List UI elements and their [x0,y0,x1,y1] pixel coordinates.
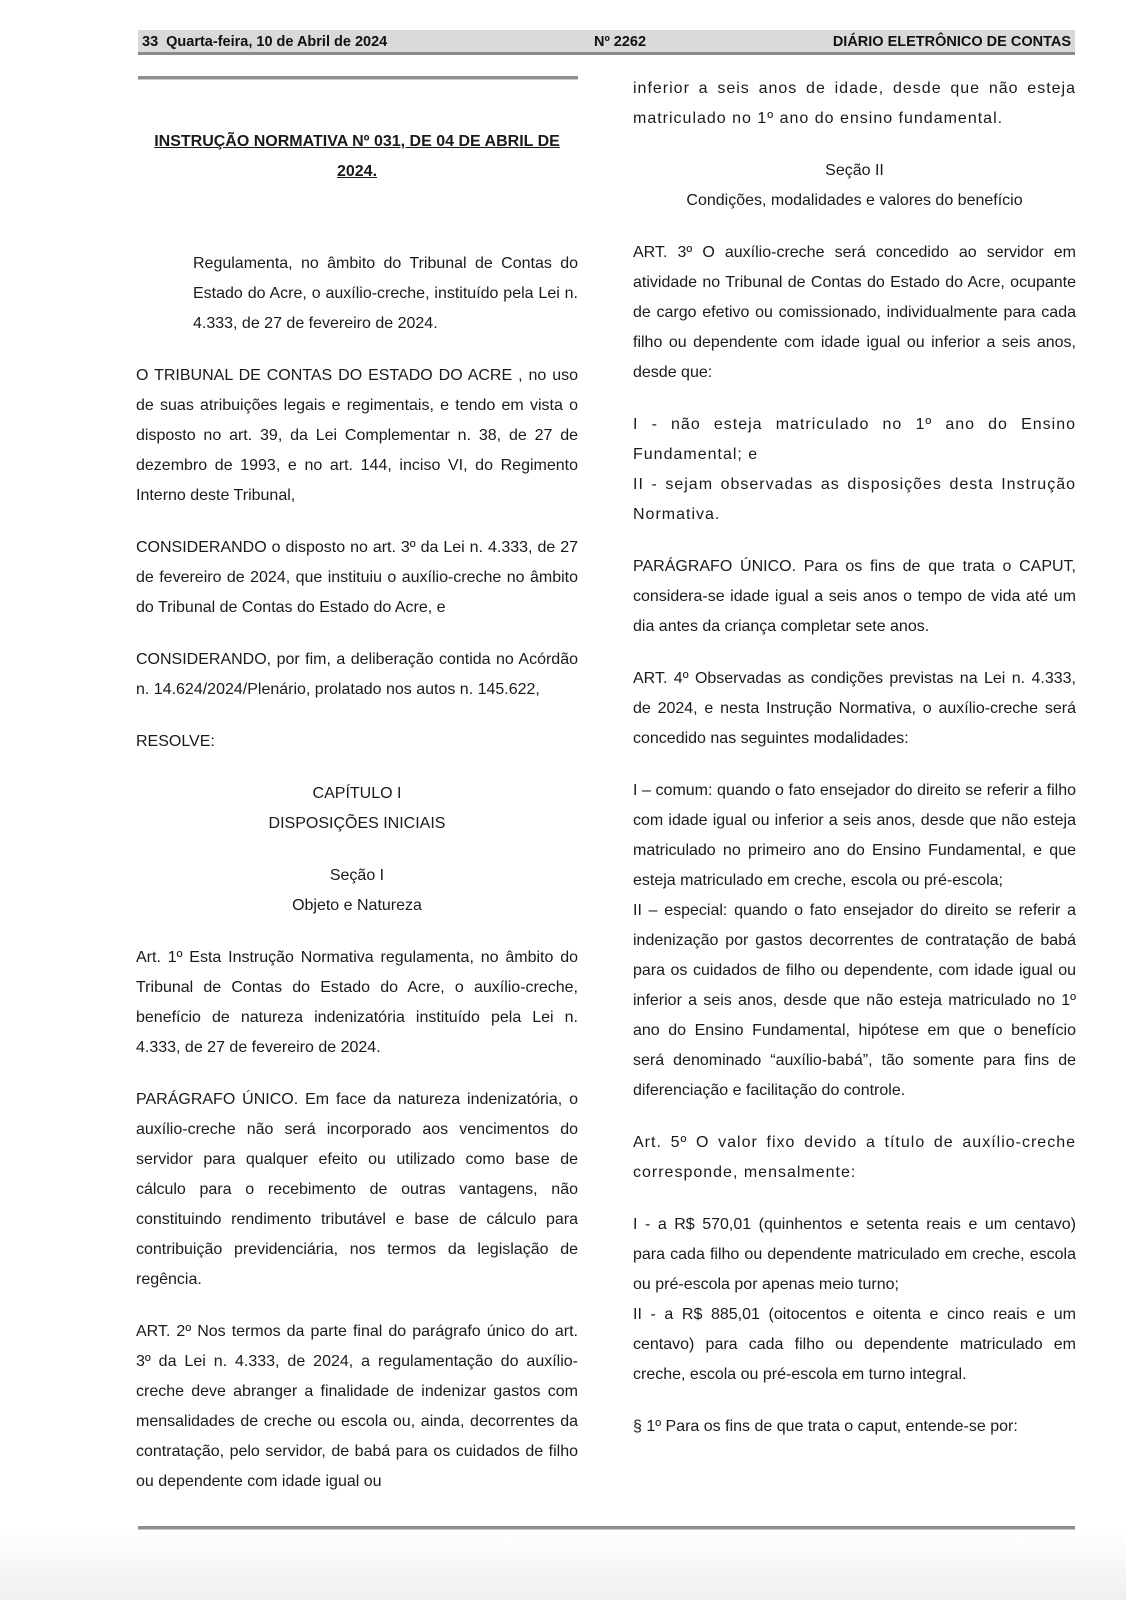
section-2-name: Condições, modalidades e valores do bene… [633,186,1076,216]
article-2: ART. 2º Nos termos da parte final do par… [136,1317,578,1497]
page-header: 33Quarta-feira, 10 de Abril de 2024 Nº 2… [138,30,1075,55]
article-1-paragrafo-unico: PARÁGRAFO ÚNICO. Em face da natureza ind… [136,1085,578,1295]
article-5: Art. 5º O valor fixo devido a título de … [633,1128,1076,1188]
article-5-inciso-1: I - a R$ 570,01 (quinhentos e setenta re… [633,1210,1076,1300]
article-3: ART. 3º O auxílio-creche será concedido … [633,238,1076,388]
page-bottom-divider [138,1526,1075,1530]
edition-number: Nº 2262 [594,30,646,54]
ementa: Regulamenta, no âmbito do Tribunal de Co… [193,249,578,339]
article-4: ART. 4º Observadas as condições prevista… [633,664,1076,754]
left-column: INSTRUÇÃO NORMATIVA Nº 031, DE 04 DE ABR… [136,127,578,1497]
section-2-heading: Seção II Condições, modalidades e valore… [633,156,1076,216]
chapter-heading: CAPÍTULO I DISPOSIÇÕES INICIAIS [136,779,578,839]
page-bottom-shadow [0,1530,1126,1600]
article-4-inciso-1: I – comum: quando o fato ensejador do di… [633,776,1076,896]
resolve: RESOLVE: [136,727,578,757]
chapter-label: CAPÍTULO I [136,779,578,809]
section-2-label: Seção II [633,156,1076,186]
article-1: Art. 1º Esta Instrução Normativa regulam… [136,943,578,1063]
title-line-2: 2024. [136,157,578,187]
article-5-inciso-2: II - a R$ 885,01 (oitocentos e oitenta e… [633,1300,1076,1390]
publication-name: DIÁRIO ELETRÔNICO DE CONTAS [833,30,1071,54]
document-title: INSTRUÇÃO NORMATIVA Nº 031, DE 04 DE ABR… [136,127,578,187]
article-5-paragrafo-1: § 1º Para os fins de que trata o caput, … [633,1412,1076,1442]
considerando-1: CONSIDERANDO o disposto no art. 3º da Le… [136,533,578,623]
article-2-continuation: inferior a seis anos de idade, desde que… [633,74,1076,134]
considerando-2: CONSIDERANDO, por fim, a deliberação con… [136,645,578,705]
section-heading: Seção I Objeto e Natureza [136,861,578,921]
publication-date: Quarta-feira, 10 de Abril de 2024 [166,34,387,50]
section-label: Seção I [136,861,578,891]
left-column-top-divider [138,76,578,80]
preamble: O TRIBUNAL DE CONTAS DO ESTADO DO ACRE ,… [136,361,578,511]
page-number: 33 [142,34,158,50]
article-3-paragrafo-unico: PARÁGRAFO ÚNICO. Para os fins de que tra… [633,552,1076,642]
right-column: inferior a seis anos de idade, desde que… [633,74,1076,1442]
header-left: 33Quarta-feira, 10 de Abril de 2024 [142,30,387,54]
article-3-inciso-1: I - não esteja matriculado no 1º ano do … [633,410,1076,470]
section-name: Objeto e Natureza [136,891,578,921]
chapter-name: DISPOSIÇÕES INICIAIS [136,809,578,839]
title-line-1: INSTRUÇÃO NORMATIVA Nº 031, DE 04 DE ABR… [136,127,578,157]
article-4-inciso-2: II – especial: quando o fato ensejador d… [633,896,1076,1106]
article-3-inciso-2: II - sejam observadas as disposições des… [633,470,1076,530]
